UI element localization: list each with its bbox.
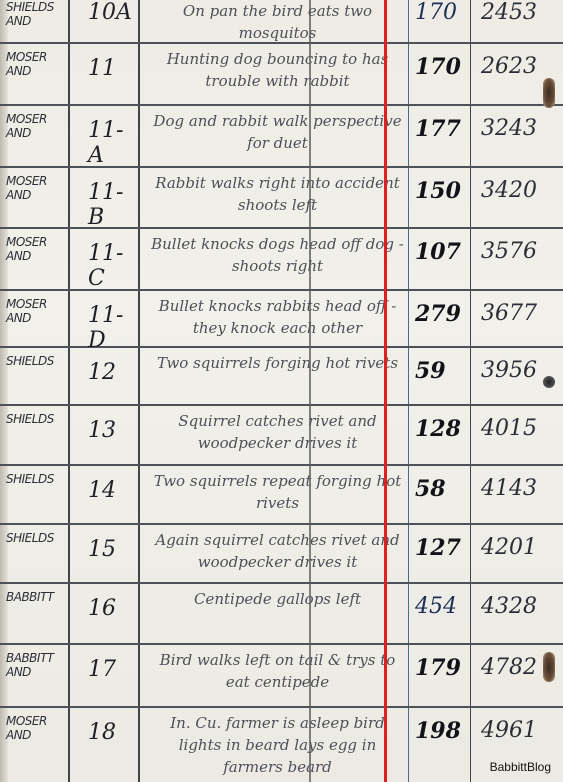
animator-cell: MOSER AND [0,106,68,166]
footage-value: 170 [415,0,457,25]
table-row: MOSER AND11-BRabbit walks right into acc… [0,168,563,229]
running-total: 4961 [481,718,537,743]
scene-number: 15 [88,537,116,562]
running-total: 4328 [481,594,537,619]
table-row: BABBITT AND17Bird walks left on tail & t… [0,645,563,708]
table-row: BABBITT16Centipede gallops left4544328 [0,584,563,645]
scene-cell: 11 [68,44,138,104]
table-row: SHIELDS AND10AOn pan the bird eats two m… [0,0,563,44]
running-total: 4143 [481,476,537,501]
description-cell: Centipede gallops left [138,584,408,643]
table-row: SHIELDS12Two squirrels forging hot rivet… [0,348,563,406]
watermark: BabbittBlog [490,760,551,774]
scene-description: Two squirrels forging hot rivets [150,352,405,374]
scene-description: Again squirrel catches rivet and woodpec… [150,529,405,573]
footage-cell: 150 [408,168,470,227]
description-cell: Bullet knocks dogs head off dog - shoots… [138,229,408,289]
animator-name: BABBITT AND [6,651,68,679]
running-total: 4201 [481,535,537,560]
scene-description: Bird walks left on tail & trys to eat ce… [150,649,405,693]
footage-value: 107 [415,239,461,265]
footage-value: 127 [415,535,461,561]
pencil-divider-line [309,0,311,782]
animator-name: MOSER AND [6,297,68,325]
animator-cell: MOSER AND [0,229,68,289]
table-row: MOSER AND18In. Cu. farmer is asleep bird… [0,708,563,782]
table-row: MOSER AND11-CBullet knocks dogs head off… [0,229,563,291]
animator-name: BABBITT [6,590,54,604]
table-row: MOSER AND11Hunting dog bouncing to has t… [0,44,563,106]
running-total: 2453 [481,0,537,25]
footage-cell: 59 [408,348,470,404]
description-cell: Two squirrels repeat forging hot rivets [138,466,408,523]
footage-cell: 58 [408,466,470,523]
animator-name: SHIELDS [6,531,54,545]
scene-cell: 16 [68,584,138,643]
table-row: SHIELDS15Again squirrel catches rivet an… [0,525,563,584]
scene-number: 12 [88,360,116,385]
total-cell: 3677 [470,291,563,346]
scene-description: On pan the bird eats two mosquitos [150,0,405,44]
footage-cell: 128 [408,406,470,464]
red-margin-line [384,0,387,782]
total-cell: 3576 [470,229,563,289]
animator-cell: SHIELDS [0,525,68,582]
scene-description: In. Cu. farmer is asleep bird lights in … [150,712,405,778]
scene-description: Hunting dog bouncing to has trouble with… [150,48,405,92]
scene-cell: 15 [68,525,138,582]
total-cell: 3243 [470,106,563,166]
footage-cell: 107 [408,229,470,289]
scene-cell: 11-C [68,229,138,289]
scene-cell: 12 [68,348,138,404]
scene-number: 10A [88,0,132,25]
scene-number: 13 [88,418,116,443]
scene-number: 14 [88,478,116,503]
scene-cell: 11-A [68,106,138,166]
animator-cell: SHIELDS [0,348,68,404]
scene-description: Two squirrels repeat forging hot rivets [150,470,405,514]
description-cell: Bird walks left on tail & trys to eat ce… [138,645,408,706]
scene-description: Dog and rabbit walk perspective for duet [150,110,405,154]
animator-cell: BABBITT [0,584,68,643]
footage-value: 198 [415,718,461,744]
scene-description: Bullet knocks rabbits head off - they kn… [150,295,405,339]
scene-number: 17 [88,657,116,682]
scene-cell: 13 [68,406,138,464]
footage-cell: 177 [408,106,470,166]
footage-value: 59 [415,358,446,384]
total-cell: 3420 [470,168,563,227]
scene-number: 11-B [88,180,138,230]
footage-cell: 454 [408,584,470,643]
scene-number: 11-D [88,303,138,353]
description-cell: In. Cu. farmer is asleep bird lights in … [138,708,408,782]
animator-cell: SHIELDS AND [0,0,68,42]
table-row: MOSER AND11-DBullet knocks rabbits head … [0,291,563,348]
description-cell: On pan the bird eats two mosquitos [138,0,408,42]
animator-name: SHIELDS [6,412,54,426]
scene-number: 11-A [88,118,138,168]
total-cell: 4143 [470,466,563,523]
animator-name: MOSER AND [6,112,68,140]
scene-cell: 11-D [68,291,138,346]
binder-hole [543,652,555,682]
table-row: SHIELDS14Two squirrels repeat forging ho… [0,466,563,525]
animator-name: MOSER AND [6,714,68,742]
scene-number: 11-C [88,241,138,291]
scene-number: 11 [88,56,116,81]
running-total: 2623 [481,54,537,79]
binder-hole [543,376,555,388]
running-total: 3576 [481,239,537,264]
scene-number: 16 [88,596,116,621]
footage-value: 128 [415,416,461,442]
description-cell: Squirrel catches rivet and woodpecker dr… [138,406,408,464]
scene-cell: 11-B [68,168,138,227]
animator-name: SHIELDS AND [6,0,68,28]
animator-name: MOSER AND [6,50,68,78]
footage-cell: 279 [408,291,470,346]
running-total: 3243 [481,116,537,141]
footage-cell: 198 [408,708,470,782]
binder-hole [543,78,555,108]
animator-cell: SHIELDS [0,466,68,523]
footage-cell: 170 [408,0,470,42]
scene-description: Rabbit walks right into accident shoots … [150,172,405,216]
animator-name: MOSER AND [6,235,68,263]
description-cell: Two squirrels forging hot rivets [138,348,408,404]
description-cell: Rabbit walks right into accident shoots … [138,168,408,227]
animator-cell: MOSER AND [0,708,68,782]
total-cell: 2453 [470,0,563,42]
footage-value: 279 [415,301,461,327]
animator-name: SHIELDS [6,472,54,486]
scene-cell: 17 [68,645,138,706]
scene-cell: 14 [68,466,138,523]
animator-name: MOSER AND [6,174,68,202]
description-cell: Dog and rabbit walk perspective for duet [138,106,408,166]
log-sheet: SHIELDS AND10AOn pan the bird eats two m… [0,0,563,782]
footage-value: 150 [415,178,461,204]
total-cell: 4015 [470,406,563,464]
footage-value: 58 [415,476,446,502]
footage-value: 454 [415,594,457,619]
scene-description: Squirrel catches rivet and woodpecker dr… [150,410,405,454]
description-cell: Bullet knocks rabbits head off - they kn… [138,291,408,346]
animator-cell: BABBITT AND [0,645,68,706]
footage-cell: 170 [408,44,470,104]
scene-description: Centipede gallops left [150,588,405,610]
animator-cell: MOSER AND [0,291,68,346]
description-cell: Again squirrel catches rivet and woodpec… [138,525,408,582]
scene-cell: 18 [68,708,138,782]
running-total: 3420 [481,178,537,203]
footage-value: 179 [415,655,461,681]
table-row: SHIELDS13Squirrel catches rivet and wood… [0,406,563,466]
scene-number: 18 [88,720,116,745]
total-cell: 4201 [470,525,563,582]
animator-cell: SHIELDS [0,406,68,464]
total-cell: 4328 [470,584,563,643]
footage-value: 170 [415,54,461,80]
scene-cell: 10A [68,0,138,42]
running-total: 4782 [481,655,537,680]
table-row: MOSER AND11-ADog and rabbit walk perspec… [0,106,563,168]
footage-value: 177 [415,116,461,142]
description-cell: Hunting dog bouncing to has trouble with… [138,44,408,104]
animator-name: SHIELDS [6,354,54,368]
animator-cell: MOSER AND [0,168,68,227]
running-total: 3956 [481,358,537,383]
scene-description: Bullet knocks dogs head off dog - shoots… [150,233,405,277]
footage-cell: 179 [408,645,470,706]
running-total: 3677 [481,301,537,326]
footage-cell: 127 [408,525,470,582]
running-total: 4015 [481,416,537,441]
animator-cell: MOSER AND [0,44,68,104]
